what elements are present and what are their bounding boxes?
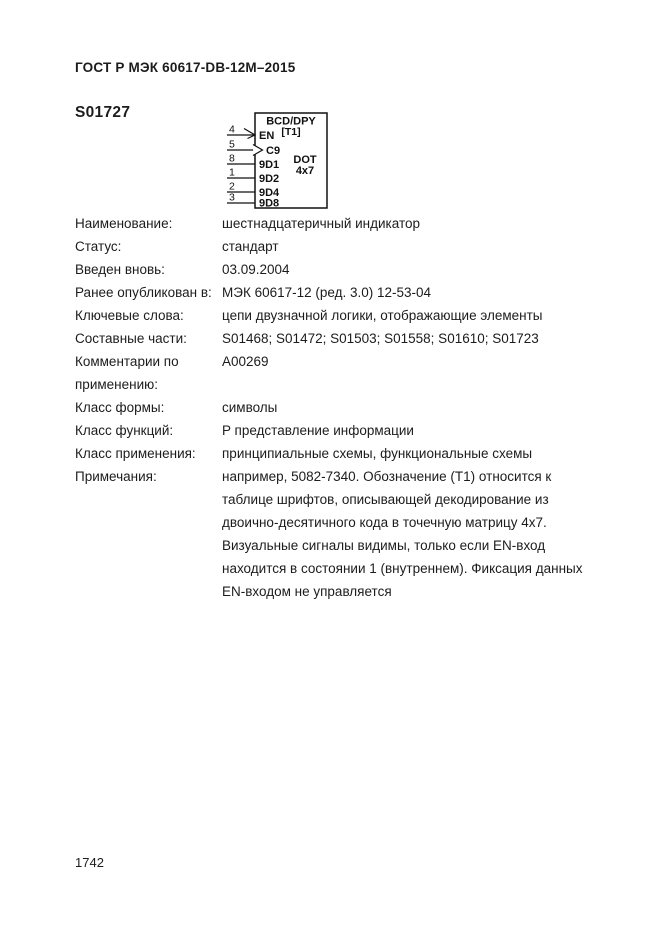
field-value: например, 5082-7340. Обозначение (T1) от… <box>222 465 587 603</box>
field-row-application-class: Класс применения: принципиальные схемы, … <box>75 442 587 465</box>
field-label: Составные части: <box>75 327 222 350</box>
document-page: ГОСТ Р МЭК 60617-DB-12M–2015 S01727 4 5 … <box>0 0 661 936</box>
field-label: Введен вновь: <box>75 258 222 281</box>
en-arrow-icon <box>244 129 255 139</box>
field-value: МЭК 60617-12 (ред. 3.0) 12-53-04 <box>222 281 587 304</box>
field-label: Наименование: <box>75 212 222 235</box>
logic-symbol-diagram: 4 5 8 1 2 3 BCD/DPY [T1] EN C9 9D1 9D2 9… <box>218 103 338 213</box>
field-label: Ранее опубликован в: <box>75 281 222 304</box>
field-value: 03.09.2004 <box>222 258 587 281</box>
field-value: P представление информации <box>222 419 587 442</box>
field-label: Ключевые слова: <box>75 304 222 327</box>
matrix-size-label: 4x7 <box>296 165 314 177</box>
field-row-shape-class: Класс формы: символы <box>75 396 587 419</box>
pin-label: C9 <box>266 145 280 157</box>
pin-label: 9D1 <box>259 159 279 171</box>
pin-number: 4 <box>229 124 235 136</box>
field-row-application-comments: Комментарии по применению: A00269 <box>75 350 587 396</box>
field-row-components: Составные части: S01468; S01472; S01503;… <box>75 327 587 350</box>
field-label: Класс функций: <box>75 419 222 442</box>
field-row-notes: Примечания: например, 5082-7340. Обознач… <box>75 465 587 603</box>
field-row-keywords: Ключевые слова: цепи двузначной логики, … <box>75 304 587 327</box>
standard-title: ГОСТ Р МЭК 60617-DB-12M–2015 <box>75 60 295 75</box>
pin-number: 3 <box>229 192 235 204</box>
pin-label: 9D2 <box>259 173 279 185</box>
field-value: цепи двузначной логики, отображающие эле… <box>222 304 587 327</box>
pin-number: 8 <box>229 153 235 165</box>
field-label: Класс применения: <box>75 442 222 465</box>
field-label: Комментарии по применению: <box>75 350 222 396</box>
field-label: Класс формы: <box>75 396 222 419</box>
pin-label: EN <box>259 130 274 142</box>
field-row-introduced: Введен вновь: 03.09.2004 <box>75 258 587 281</box>
field-value: S01468; S01472; S01503; S01558; S01610; … <box>222 327 587 350</box>
field-row-name: Наименование: шестнадцатеричный индикато… <box>75 212 587 235</box>
field-row-previously-published: Ранее опубликован в: МЭК 60617-12 (ред. … <box>75 281 587 304</box>
symbol-id: S01727 <box>75 104 130 122</box>
field-value: A00269 <box>222 350 587 373</box>
font-table-label: [T1] <box>281 126 300 138</box>
field-row-function-class: Класс функций: P представление информаци… <box>75 419 587 442</box>
attribute-table: Наименование: шестнадцатеричный индикато… <box>75 212 587 603</box>
field-label: Статус: <box>75 235 222 258</box>
field-value: стандарт <box>222 235 587 258</box>
page-number: 1742 <box>75 855 104 870</box>
field-value: символы <box>222 396 587 419</box>
pin-label: 9D8 <box>259 198 279 210</box>
pin-number: 1 <box>229 167 235 179</box>
pin-number: 5 <box>229 139 235 151</box>
field-value: шестнадцатеричный индикатор <box>222 212 587 235</box>
field-row-status: Статус: стандарт <box>75 235 587 258</box>
field-value: принципиальные схемы, функциональные схе… <box>222 442 587 465</box>
field-label: Примечания: <box>75 465 222 488</box>
